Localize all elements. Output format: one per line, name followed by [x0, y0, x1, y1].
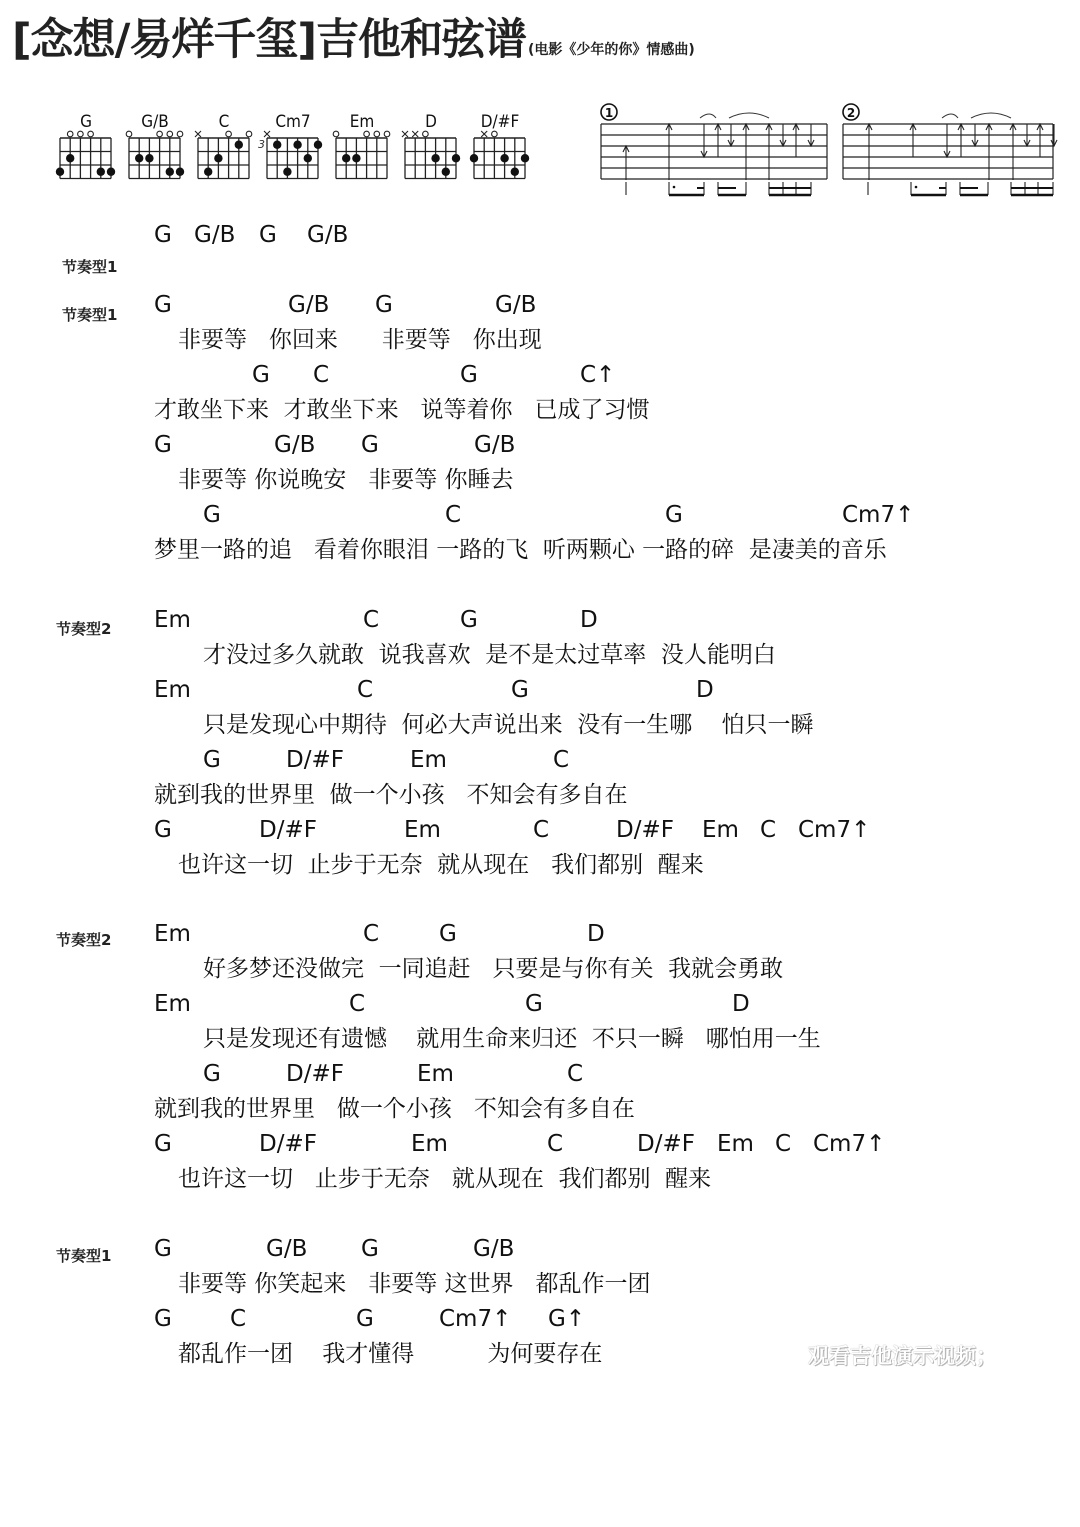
chord-symbol: G [439, 921, 457, 947]
chord-symbol: G [525, 991, 543, 1017]
chord-symbol: D/#F [616, 817, 674, 843]
rhythm-pattern-label: 节奏型2 [56, 618, 111, 639]
chord-symbol: G [460, 362, 478, 388]
chord-symbol: C [533, 817, 549, 843]
chord-symbol: G [203, 502, 221, 528]
chord-symbol: D [696, 677, 714, 703]
pattern-number: 2 [847, 106, 855, 120]
chord-symbol: G/B [307, 222, 348, 248]
chord-symbol: G [356, 1306, 374, 1332]
chord-symbol: C↑ [580, 362, 615, 388]
chord-symbol: G/B [474, 432, 515, 458]
chord-symbol: D/#F [259, 1131, 317, 1157]
pattern-number: 1 [605, 106, 613, 120]
chord-symbol: G [154, 1131, 172, 1157]
chord-symbol: Em [411, 1131, 448, 1157]
chord-symbol: G [375, 292, 393, 318]
chord-symbol: C [349, 991, 365, 1017]
rhythm-pattern-label: 节奏型2 [56, 929, 111, 950]
chord-symbol: G/B [194, 222, 235, 248]
rhythm-pattern-2: 2 [843, 104, 1057, 195]
chord-symbol: G/B [266, 1236, 307, 1262]
chord-symbol: G [154, 222, 172, 248]
chord-symbol: C [775, 1131, 791, 1157]
chord-symbol: C [363, 921, 379, 947]
chord-symbol: D [587, 921, 605, 947]
lyric-line: 才没过多久就敢 说我喜欢 是不是太过草率 没人能明白 [203, 640, 776, 670]
chord-symbol: D/#F [286, 1061, 344, 1087]
chord-symbol: Em [702, 817, 739, 843]
chord-symbol: D/#F [637, 1131, 695, 1157]
chord-symbol: D [580, 607, 598, 633]
song-title: [念想/易烊千玺]吉他和弦谱(电影《少年的你》情感曲) [12, 6, 695, 67]
watermark-text: 观看吉他演示视频； [808, 1340, 997, 1370]
chord-symbol: G↑ [548, 1306, 585, 1332]
chord-symbol: G/B [288, 292, 329, 318]
chord-symbol: G [252, 362, 270, 388]
rhythm-pattern-label: 节奏型1 [62, 304, 117, 325]
chord-symbol: G [665, 502, 683, 528]
title-subtitle: (电影《少年的你》情感曲) [528, 42, 695, 58]
chord-symbol: G [154, 292, 172, 318]
chord-symbol: G [203, 1061, 221, 1087]
lyric-line: 非要等 你说晚安 非要等 你睡去 [178, 465, 514, 495]
chord-symbol: G [203, 747, 221, 773]
chord-symbol: C [313, 362, 329, 388]
chord-symbol: Em [154, 921, 191, 947]
chord-symbol: G [154, 1236, 172, 1262]
chord-symbol: Em [417, 1061, 454, 1087]
chord-symbol: Em [154, 607, 191, 633]
lyric-line: 才敢坐下来 才敢坐下来 说等着你 已成了习惯 [154, 395, 650, 425]
chord-symbol: G [154, 817, 172, 843]
rhythm-pattern-label: 节奏型1 [62, 256, 117, 277]
chord-symbol: C [230, 1306, 246, 1332]
chord-symbol: C [363, 607, 379, 633]
chord-symbol: Cm7↑ [813, 1131, 885, 1157]
rhythm-pattern-1: 1 [601, 104, 827, 195]
rhythm-patterns: 12 [0, 95, 1080, 205]
lyric-line: 只是发现心中期待 何必大声说出来 没有一生哪 怕只一瞬 [203, 710, 814, 740]
chord-symbol: C [553, 747, 569, 773]
lyric-line: 梦里一路的追 看着你眼泪 一路的飞 听两颗心 一路的碎 是凄美的音乐 [154, 535, 887, 565]
chord-symbol: G [154, 432, 172, 458]
chord-symbol: Em [154, 991, 191, 1017]
chord-symbol: C [567, 1061, 583, 1087]
chord-symbol: G/B [274, 432, 315, 458]
chord-symbol: D [732, 991, 750, 1017]
chord-symbol: C [760, 817, 776, 843]
rhythm-pattern-label: 节奏型1 [56, 1245, 111, 1266]
chord-symbol: D/#F [286, 747, 344, 773]
lyric-line: 也许这一切 止步于无奈 就从现在 我们都别 醒来 [178, 1164, 711, 1194]
chord-symbol: C [547, 1131, 563, 1157]
chord-symbol: G/B [473, 1236, 514, 1262]
chord-symbol: G [259, 222, 277, 248]
chord-symbol: Em [404, 817, 441, 843]
chord-symbol: Em [154, 677, 191, 703]
title-main: [念想/易烊千玺]吉他和弦谱 [12, 15, 526, 65]
chord-symbol: G [154, 1306, 172, 1332]
chord-symbol: G [511, 677, 529, 703]
chord-symbol: Cm7↑ [798, 817, 870, 843]
chord-symbol: C [357, 677, 373, 703]
lyric-line: 只是发现还有遗憾 就用生命来归还 不只一瞬 哪怕用一生 [203, 1024, 821, 1054]
chord-symbol: G [361, 432, 379, 458]
lyric-line: 非要等 你笑起来 非要等 这世界 都乱作一团 [178, 1269, 651, 1299]
chord-symbol: C [445, 502, 461, 528]
lyric-line: 就到我的世界里 做一个小孩 不知会有多自在 [154, 780, 628, 810]
lyric-line: 也许这一切 止步于无奈 就从现在 我们都别 醒来 [178, 850, 704, 880]
chord-symbol: Em [717, 1131, 754, 1157]
lyric-line: 好多梦还没做完 一同追赶 只要是与你有关 我就会勇敢 [203, 954, 783, 984]
lyric-line: 都乱作一团 我才懂得 为何要存在 [178, 1339, 602, 1369]
chord-symbol: G [361, 1236, 379, 1262]
chord-symbol: Cm7↑ [842, 502, 914, 528]
chord-symbol: D/#F [259, 817, 317, 843]
chord-symbol: G/B [495, 292, 536, 318]
chord-symbol: Em [410, 747, 447, 773]
lyric-line: 就到我的世界里 做一个小孩 不知会有多自在 [154, 1094, 635, 1124]
chord-symbol: G [460, 607, 478, 633]
lyric-line: 非要等 你回来 非要等 你出现 [178, 325, 542, 355]
chord-symbol: Cm7↑ [439, 1306, 511, 1332]
